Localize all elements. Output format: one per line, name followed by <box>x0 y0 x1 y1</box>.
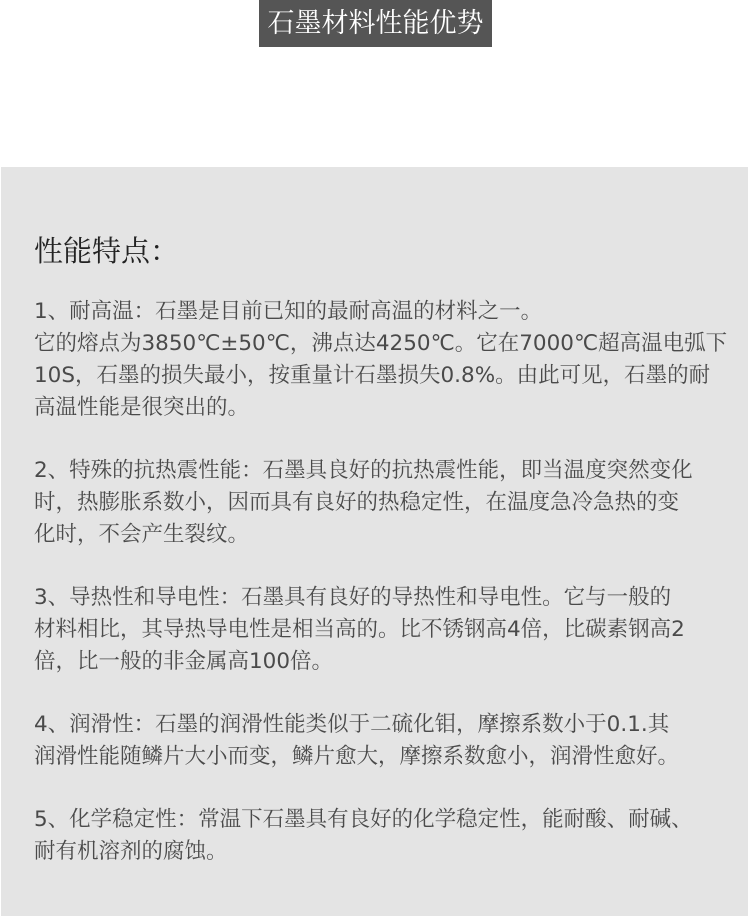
feature-conductivity: 3、导热性和导电性：石墨具有良好的导热性和导电性。它与一般的 材料相比，其导热导… <box>34 582 734 678</box>
section-heading: 性能特点： <box>34 229 179 273</box>
feature-high-temperature: 1、耐高温：石墨是目前已知的最耐高温的材料之一。 它的熔点为3850℃±50℃，… <box>34 296 734 424</box>
feature-line: 它的熔点为3850℃±50℃，沸点达4250℃。它在7000℃超高温电弧下 <box>34 328 734 360</box>
feature-line: 5、化学稳定性：常温下石墨具有良好的化学稳定性，能耐酸、耐碱、 <box>34 804 734 836</box>
feature-line: 10S，石墨的损失最小，按重量计石墨损失0.8%。由此可见，石墨的耐 <box>34 360 734 392</box>
feature-lubricity: 4、润滑性：石墨的润滑性能类似于二硫化钼，摩擦系数小于0.1.其 润滑性能随鳞片… <box>34 709 734 773</box>
feature-line: 润滑性能随鳞片大小而变，鳞片愈大，摩擦系数愈小，润滑性愈好。 <box>34 741 734 773</box>
feature-list: 1、耐高温：石墨是目前已知的最耐高温的材料之一。 它的熔点为3850℃±50℃，… <box>34 296 734 899</box>
feature-chemical-stability: 5、化学稳定性：常温下石墨具有良好的化学稳定性，能耐酸、耐碱、 耐有机溶剂的腐蚀… <box>34 804 734 868</box>
feature-line: 4、润滑性：石墨的润滑性能类似于二硫化钼，摩擦系数小于0.1.其 <box>34 709 734 741</box>
feature-line: 3、导热性和导电性：石墨具有良好的导热性和导电性。它与一般的 <box>34 582 734 614</box>
feature-line: 耐有机溶剂的腐蚀。 <box>34 836 734 868</box>
page-title: 石墨材料性能优势 <box>259 0 492 47</box>
feature-line: 2、特殊的抗热震性能：石墨具良好的抗热震性能，即当温度突然变化 <box>34 455 734 487</box>
feature-line: 时，热膨胀系数小，因而具有良好的热稳定性，在温度急冷急热的变 <box>34 487 734 519</box>
feature-line: 1、耐高温：石墨是目前已知的最耐高温的材料之一。 <box>34 296 734 328</box>
feature-line: 材料相比，其导热导电性是相当高的。比不锈钢高4倍，比碳素钢高2 <box>34 614 734 646</box>
feature-line: 高温性能是很突出的。 <box>34 392 734 424</box>
feature-line: 倍，比一般的非金属高100倍。 <box>34 646 734 678</box>
feature-line: 化时，不会产生裂纹。 <box>34 519 734 551</box>
feature-thermal-shock: 2、特殊的抗热震性能：石墨具良好的抗热震性能，即当温度突然变化 时，热膨胀系数小… <box>34 455 734 551</box>
